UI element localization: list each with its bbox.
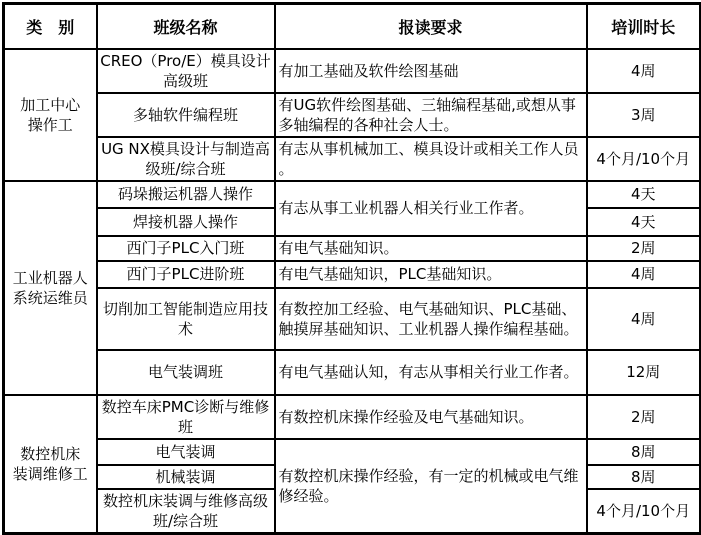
table-row: 电气装调 有数控机床操作经验，有一定的机械或电气维修经验。 8周 [4, 439, 701, 465]
class-name-cell: 焊接机器人操作 [97, 208, 275, 236]
class-name-cell: 数控车床PMC诊断与维修班 [97, 395, 275, 439]
requirement-cell: 有数控机床操作经验及电气基础知识。 [275, 395, 587, 439]
duration-cell: 4天 [587, 181, 701, 208]
category-cell: 加工中心 操作工 [4, 49, 97, 181]
requirement-cell: 有电气基础知识。 [275, 236, 587, 261]
class-name-cell: 西门子PLC进阶班 [97, 261, 275, 288]
page-background: 类 别 班级名称 报读要求 培训时长 加工中心 操作工 CREO（Pro/E）模… [0, 0, 701, 522]
class-name-cell: 多轴软件编程班 [97, 93, 275, 137]
class-name-cell: 电气装调 [97, 439, 275, 465]
duration-cell: 4周 [587, 49, 701, 93]
duration-cell: 4周 [587, 261, 701, 288]
requirement-cell: 有UG软件绘图基础、三轴编程基础,或想从事多轴编程的各种社会人士。 [275, 93, 587, 137]
table-row: UG NX模具设计与制造高级班/综合班 有志从事机械加工、模具设计或相关工作人员… [4, 137, 701, 181]
duration-cell: 8周 [587, 439, 701, 465]
requirement-cell: 有数控加工经验、电气基础知识、PLC基础、触摸屏基础知识、工业机器人操作编程基础… [275, 288, 587, 350]
duration-cell: 8周 [587, 465, 701, 489]
class-name-cell: 数控机床装调与维修高级班/综合班 [97, 489, 275, 534]
table-row: 电气装调班 有电气基础认知，有志从事相关行业工作者。 12周 [4, 350, 701, 395]
class-name-cell: 西门子PLC入门班 [97, 236, 275, 261]
class-name-cell: CREO（Pro/E）模具设计高级班 [97, 49, 275, 93]
requirement-cell: 有数控机床操作经验，有一定的机械或电气维修经验。 [275, 439, 587, 534]
duration-cell: 2周 [587, 395, 701, 439]
table-row: 切削加工智能制造应用技术 有数控加工经验、电气基础知识、PLC基础、触摸屏基础知… [4, 288, 701, 350]
table-row: 数控机床 装调维修工 数控车床PMC诊断与维修班 有数控机床操作经验及电气基础知… [4, 395, 701, 439]
category-cell: 工业机器人 系统运维员 [4, 181, 97, 395]
class-name-cell: 电气装调班 [97, 350, 275, 395]
duration-cell: 12周 [587, 350, 701, 395]
duration-cell: 3周 [587, 93, 701, 137]
class-name-cell: UG NX模具设计与制造高级班/综合班 [97, 137, 275, 181]
requirement-cell: 有志从事机械加工、模具设计或相关工作人员。 [275, 137, 587, 181]
header-cell-category: 类 别 [4, 4, 97, 49]
header-cell-class-name: 班级名称 [97, 4, 275, 49]
table-row: 多轴软件编程班 有UG软件绘图基础、三轴编程基础,或想从事多轴编程的各种社会人士… [4, 93, 701, 137]
category-cell: 数控机床 装调维修工 [4, 395, 97, 534]
requirement-cell: 有电气基础认知，有志从事相关行业工作者。 [275, 350, 587, 395]
training-course-table: 类 别 班级名称 报读要求 培训时长 加工中心 操作工 CREO（Pro/E）模… [2, 2, 701, 535]
table-row: 工业机器人 系统运维员 码垛搬运机器人操作 有志从事工业机器人相关行业工作者。 … [4, 181, 701, 208]
header-cell-duration: 培训时长 [587, 4, 701, 49]
class-name-cell: 机械装调 [97, 465, 275, 489]
duration-cell: 4个月/10个月 [587, 137, 701, 181]
header-cell-requirement: 报读要求 [275, 4, 587, 49]
class-name-cell: 码垛搬运机器人操作 [97, 181, 275, 208]
header-row: 类 别 班级名称 报读要求 培训时长 [4, 4, 701, 49]
duration-cell: 4周 [587, 288, 701, 350]
requirement-cell: 有电气基础知识，PLC基础知识。 [275, 261, 587, 288]
duration-cell: 4天 [587, 208, 701, 236]
requirement-cell: 有志从事工业机器人相关行业工作者。 [275, 181, 587, 236]
duration-cell: 2周 [587, 236, 701, 261]
table-row: 西门子PLC入门班 有电气基础知识。 2周 [4, 236, 701, 261]
table-row: 加工中心 操作工 CREO（Pro/E）模具设计高级班 有加工基础及软件绘图基础… [4, 49, 701, 93]
table-row: 西门子PLC进阶班 有电气基础知识，PLC基础知识。 4周 [4, 261, 701, 288]
requirement-cell: 有加工基础及软件绘图基础 [275, 49, 587, 93]
class-name-cell: 切削加工智能制造应用技术 [97, 288, 275, 350]
duration-cell: 4个月/10个月 [587, 489, 701, 534]
